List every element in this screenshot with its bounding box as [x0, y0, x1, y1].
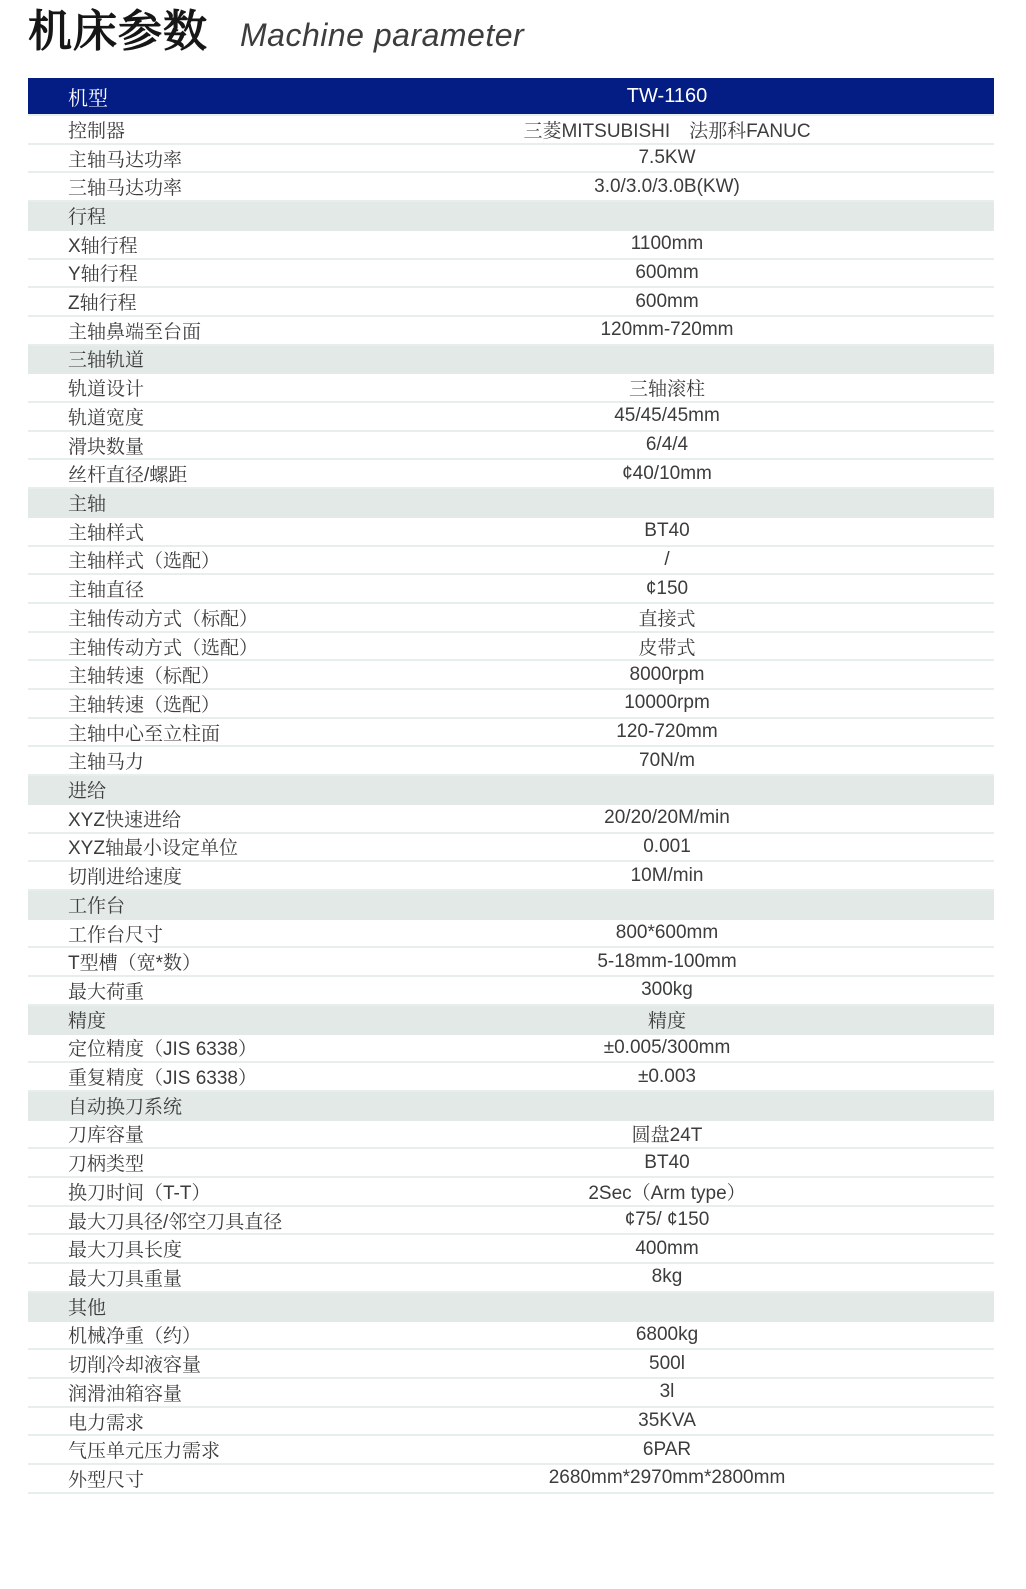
row-label: T型槽（宽*数） [28, 948, 340, 975]
row-label: 切削进给速度 [28, 862, 340, 889]
row-label: 最大刀具长度 [28, 1235, 340, 1262]
section-row: 行程 [28, 202, 994, 231]
section-row: 工作台 [28, 891, 994, 920]
row-label: 主轴马力 [28, 747, 340, 774]
row-label: 主轴转速（选配） [28, 690, 340, 717]
row-label: 滑块数量 [28, 432, 340, 459]
row-label: 定位精度（JIS 6338） [28, 1034, 340, 1061]
page-title-bar: 机床参数 Machine parameter [28, 8, 998, 70]
row-value: 120-720mm [340, 721, 994, 743]
row-label: 轨道宽度 [28, 403, 340, 430]
table-row: 丝杆直径/螺距 ¢40/10mm [28, 460, 994, 489]
row-label: 最大荷重 [28, 977, 340, 1004]
row-label: 其他 [28, 1293, 340, 1320]
row-value: 45/45/45mm [340, 405, 994, 427]
row-label: 三轴轨道 [28, 345, 340, 372]
table-row: 控制器 三菱MITSUBISHI 法那科FANUC [28, 116, 994, 145]
table-row: 最大荷重 300kg [28, 977, 994, 1006]
row-label: 精度 [28, 1006, 340, 1033]
table-row: 轨道设计 三轴滚柱 [28, 374, 994, 403]
row-value: ¢40/10mm [340, 463, 994, 485]
row-label: 三轴马达功率 [28, 173, 340, 200]
row-value: 3.0/3.0/3.0B(KW) [340, 176, 994, 198]
row-label: 主轴 [28, 489, 340, 516]
row-label: 主轴直径 [28, 575, 340, 602]
row-value: 70N/m [340, 750, 994, 772]
row-label: 控制器 [28, 116, 340, 143]
table-row: 切削冷却液容量 500l [28, 1350, 994, 1379]
table-row: XYZ快速进给 20/20/20M/min [28, 805, 994, 834]
row-label: 行程 [28, 202, 340, 229]
row-value: 3l [340, 1381, 994, 1403]
row-label: 刀库容量 [28, 1120, 340, 1147]
row-value: 20/20/20M/min [340, 807, 994, 829]
section-row: 精度 精度 [28, 1006, 994, 1035]
table-row: 主轴马达功率 7.5KW [28, 145, 994, 174]
page-title: 机床参数 [28, 8, 208, 56]
table-row: 工作台尺寸 800*600mm [28, 920, 994, 949]
section-row: 自动换刀系统 [28, 1092, 994, 1121]
row-label: 外型尺寸 [28, 1465, 340, 1492]
table-row: 刀柄类型 BT40 [28, 1149, 994, 1178]
table-row: 换刀时间（T-T） 2Sec（Arm type） [28, 1178, 994, 1207]
table-row: 轨道宽度 45/45/45mm [28, 403, 994, 432]
row-label: XYZ轴最小设定单位 [28, 833, 340, 860]
table-row: 切削进给速度 10M/min [28, 862, 994, 891]
row-label: X轴行程 [28, 231, 340, 258]
row-value: 10000rpm [340, 692, 994, 714]
row-value: 35KVA [340, 1410, 994, 1432]
row-value: 6PAR [340, 1439, 994, 1461]
row-label: 轨道设计 [28, 374, 340, 401]
table-row: 刀库容量 圆盘24T [28, 1121, 994, 1150]
row-value: 1100mm [340, 233, 994, 255]
row-value: 0.001 [340, 836, 994, 858]
table-row: 主轴中心至立柱面 120-720mm [28, 719, 994, 748]
row-value: 5-18mm-100mm [340, 951, 994, 973]
row-label: 换刀时间（T-T） [28, 1178, 340, 1205]
table-row: X轴行程 1100mm [28, 231, 994, 260]
row-label: 主轴传动方式（选配） [28, 633, 340, 660]
row-value: 精度 [340, 1006, 994, 1033]
table-row: 机械净重（约） 6800kg [28, 1322, 994, 1351]
table-row: Y轴行程 600mm [28, 260, 994, 289]
section-row: 进给 [28, 776, 994, 805]
row-value: 8kg [340, 1266, 994, 1288]
table-row: 气压单元压力需求 6PAR [28, 1436, 994, 1465]
row-value: 2680mm*2970mm*2800mm [340, 1467, 994, 1489]
table-row: 主轴样式 BT40 [28, 518, 994, 547]
row-value: BT40 [340, 1152, 994, 1174]
row-label: 润滑油箱容量 [28, 1379, 340, 1406]
spec-sheet-page: 机床参数 Machine parameter 机型 TW-1160 控制器 三菱… [0, 0, 1026, 1494]
row-label: 主轴样式（选配） [28, 546, 340, 573]
row-label: 气压单元压力需求 [28, 1436, 340, 1463]
row-value: 400mm [340, 1238, 994, 1260]
row-label: 工作台 [28, 891, 340, 918]
row-label: 最大刀具重量 [28, 1264, 340, 1291]
table-row: 外型尺寸 2680mm*2970mm*2800mm [28, 1465, 994, 1494]
row-value: ¢150 [340, 578, 994, 600]
row-value: 2Sec（Arm type） [340, 1178, 994, 1205]
table-row: 定位精度（JIS 6338） ±0.005/300mm [28, 1035, 994, 1064]
row-label: 电力需求 [28, 1408, 340, 1435]
row-label: 丝杆直径/螺距 [28, 460, 340, 487]
row-value: 7.5KW [340, 147, 994, 169]
section-row: 三轴轨道 [28, 346, 994, 375]
table-row: 电力需求 35KVA [28, 1408, 994, 1437]
row-value: 8000rpm [340, 664, 994, 686]
row-label: 重复精度（JIS 6338） [28, 1063, 340, 1090]
row-label: Y轴行程 [28, 259, 340, 286]
table-row: 三轴马达功率 3.0/3.0/3.0B(KW) [28, 173, 994, 202]
row-label: 最大刀具径/邻空刀具直径 [28, 1207, 340, 1234]
table-row: T型槽（宽*数） 5-18mm-100mm [28, 948, 994, 977]
row-label: 主轴马达功率 [28, 145, 340, 172]
page-subtitle: Machine parameter [240, 17, 524, 54]
table-row: 滑块数量 6/4/4 [28, 432, 994, 461]
table-row: 最大刀具径/邻空刀具直径 ¢75/ ¢150 [28, 1207, 994, 1236]
header-model-value: TW-1160 [340, 85, 994, 108]
row-label: 主轴转速（标配） [28, 661, 340, 688]
row-value: 800*600mm [340, 922, 994, 944]
row-value: BT40 [340, 520, 994, 542]
section-row: 其他 [28, 1293, 994, 1322]
table-row: 主轴直径 ¢150 [28, 575, 994, 604]
row-label: 自动换刀系统 [28, 1092, 340, 1119]
row-value: 600mm [340, 262, 994, 284]
row-label: 主轴样式 [28, 518, 340, 545]
row-label: XYZ快速进给 [28, 805, 340, 832]
table-row: 润滑油箱容量 3l [28, 1379, 994, 1408]
section-row: 主轴 [28, 489, 994, 518]
row-value: 6/4/4 [340, 434, 994, 456]
row-value: / [340, 549, 994, 571]
row-label: 主轴传动方式（标配） [28, 604, 340, 631]
machine-parameter-table: 机型 TW-1160 控制器 三菱MITSUBISHI 法那科FANUC 主轴马… [28, 78, 994, 1494]
row-value: ¢75/ ¢150 [340, 1209, 994, 1231]
row-value: 120mm-720mm [340, 319, 994, 341]
table-row: 主轴马力 70N/m [28, 747, 994, 776]
row-value: ±0.003 [340, 1066, 994, 1088]
header-model-label: 机型 [28, 82, 340, 111]
row-value: 6800kg [340, 1324, 994, 1346]
row-value: 600mm [340, 291, 994, 313]
table-header-row: 机型 TW-1160 [28, 78, 994, 116]
row-label: Z轴行程 [28, 288, 340, 315]
row-value: 圆盘24T [340, 1120, 994, 1147]
row-value: 三轴滚柱 [340, 374, 994, 401]
row-label: 主轴鼻端至台面 [28, 317, 340, 344]
table-row: 主轴转速（标配） 8000rpm [28, 661, 994, 690]
table-row: 最大刀具长度 400mm [28, 1235, 994, 1264]
table-row: 主轴转速（选配） 10000rpm [28, 690, 994, 719]
row-value: 300kg [340, 979, 994, 1001]
row-label: 刀柄类型 [28, 1149, 340, 1176]
row-value: 10M/min [340, 865, 994, 887]
row-label: 机械净重（约） [28, 1321, 340, 1348]
table-row: 主轴传动方式（选配） 皮带式 [28, 633, 994, 662]
row-value: ±0.005/300mm [340, 1037, 994, 1059]
table-row: 主轴鼻端至台面 120mm-720mm [28, 317, 994, 346]
table-row: 重复精度（JIS 6338） ±0.003 [28, 1063, 994, 1092]
row-label: 主轴中心至立柱面 [28, 719, 340, 746]
row-label: 切削冷却液容量 [28, 1350, 340, 1377]
row-value: 皮带式 [340, 633, 994, 660]
row-value: 直接式 [340, 604, 994, 631]
table-row: 最大刀具重量 8kg [28, 1264, 994, 1293]
table-body: 控制器 三菱MITSUBISHI 法那科FANUC 主轴马达功率 7.5KW 三… [28, 116, 994, 1494]
row-label: 工作台尺寸 [28, 920, 340, 947]
table-row: Z轴行程 600mm [28, 288, 994, 317]
row-label: 进给 [28, 776, 340, 803]
table-row: 主轴样式（选配） / [28, 547, 994, 576]
table-row: 主轴传动方式（标配） 直接式 [28, 604, 994, 633]
row-value: 三菱MITSUBISHI 法那科FANUC [340, 116, 994, 143]
row-value: 500l [340, 1353, 994, 1375]
table-row: XYZ轴最小设定单位 0.001 [28, 834, 994, 863]
